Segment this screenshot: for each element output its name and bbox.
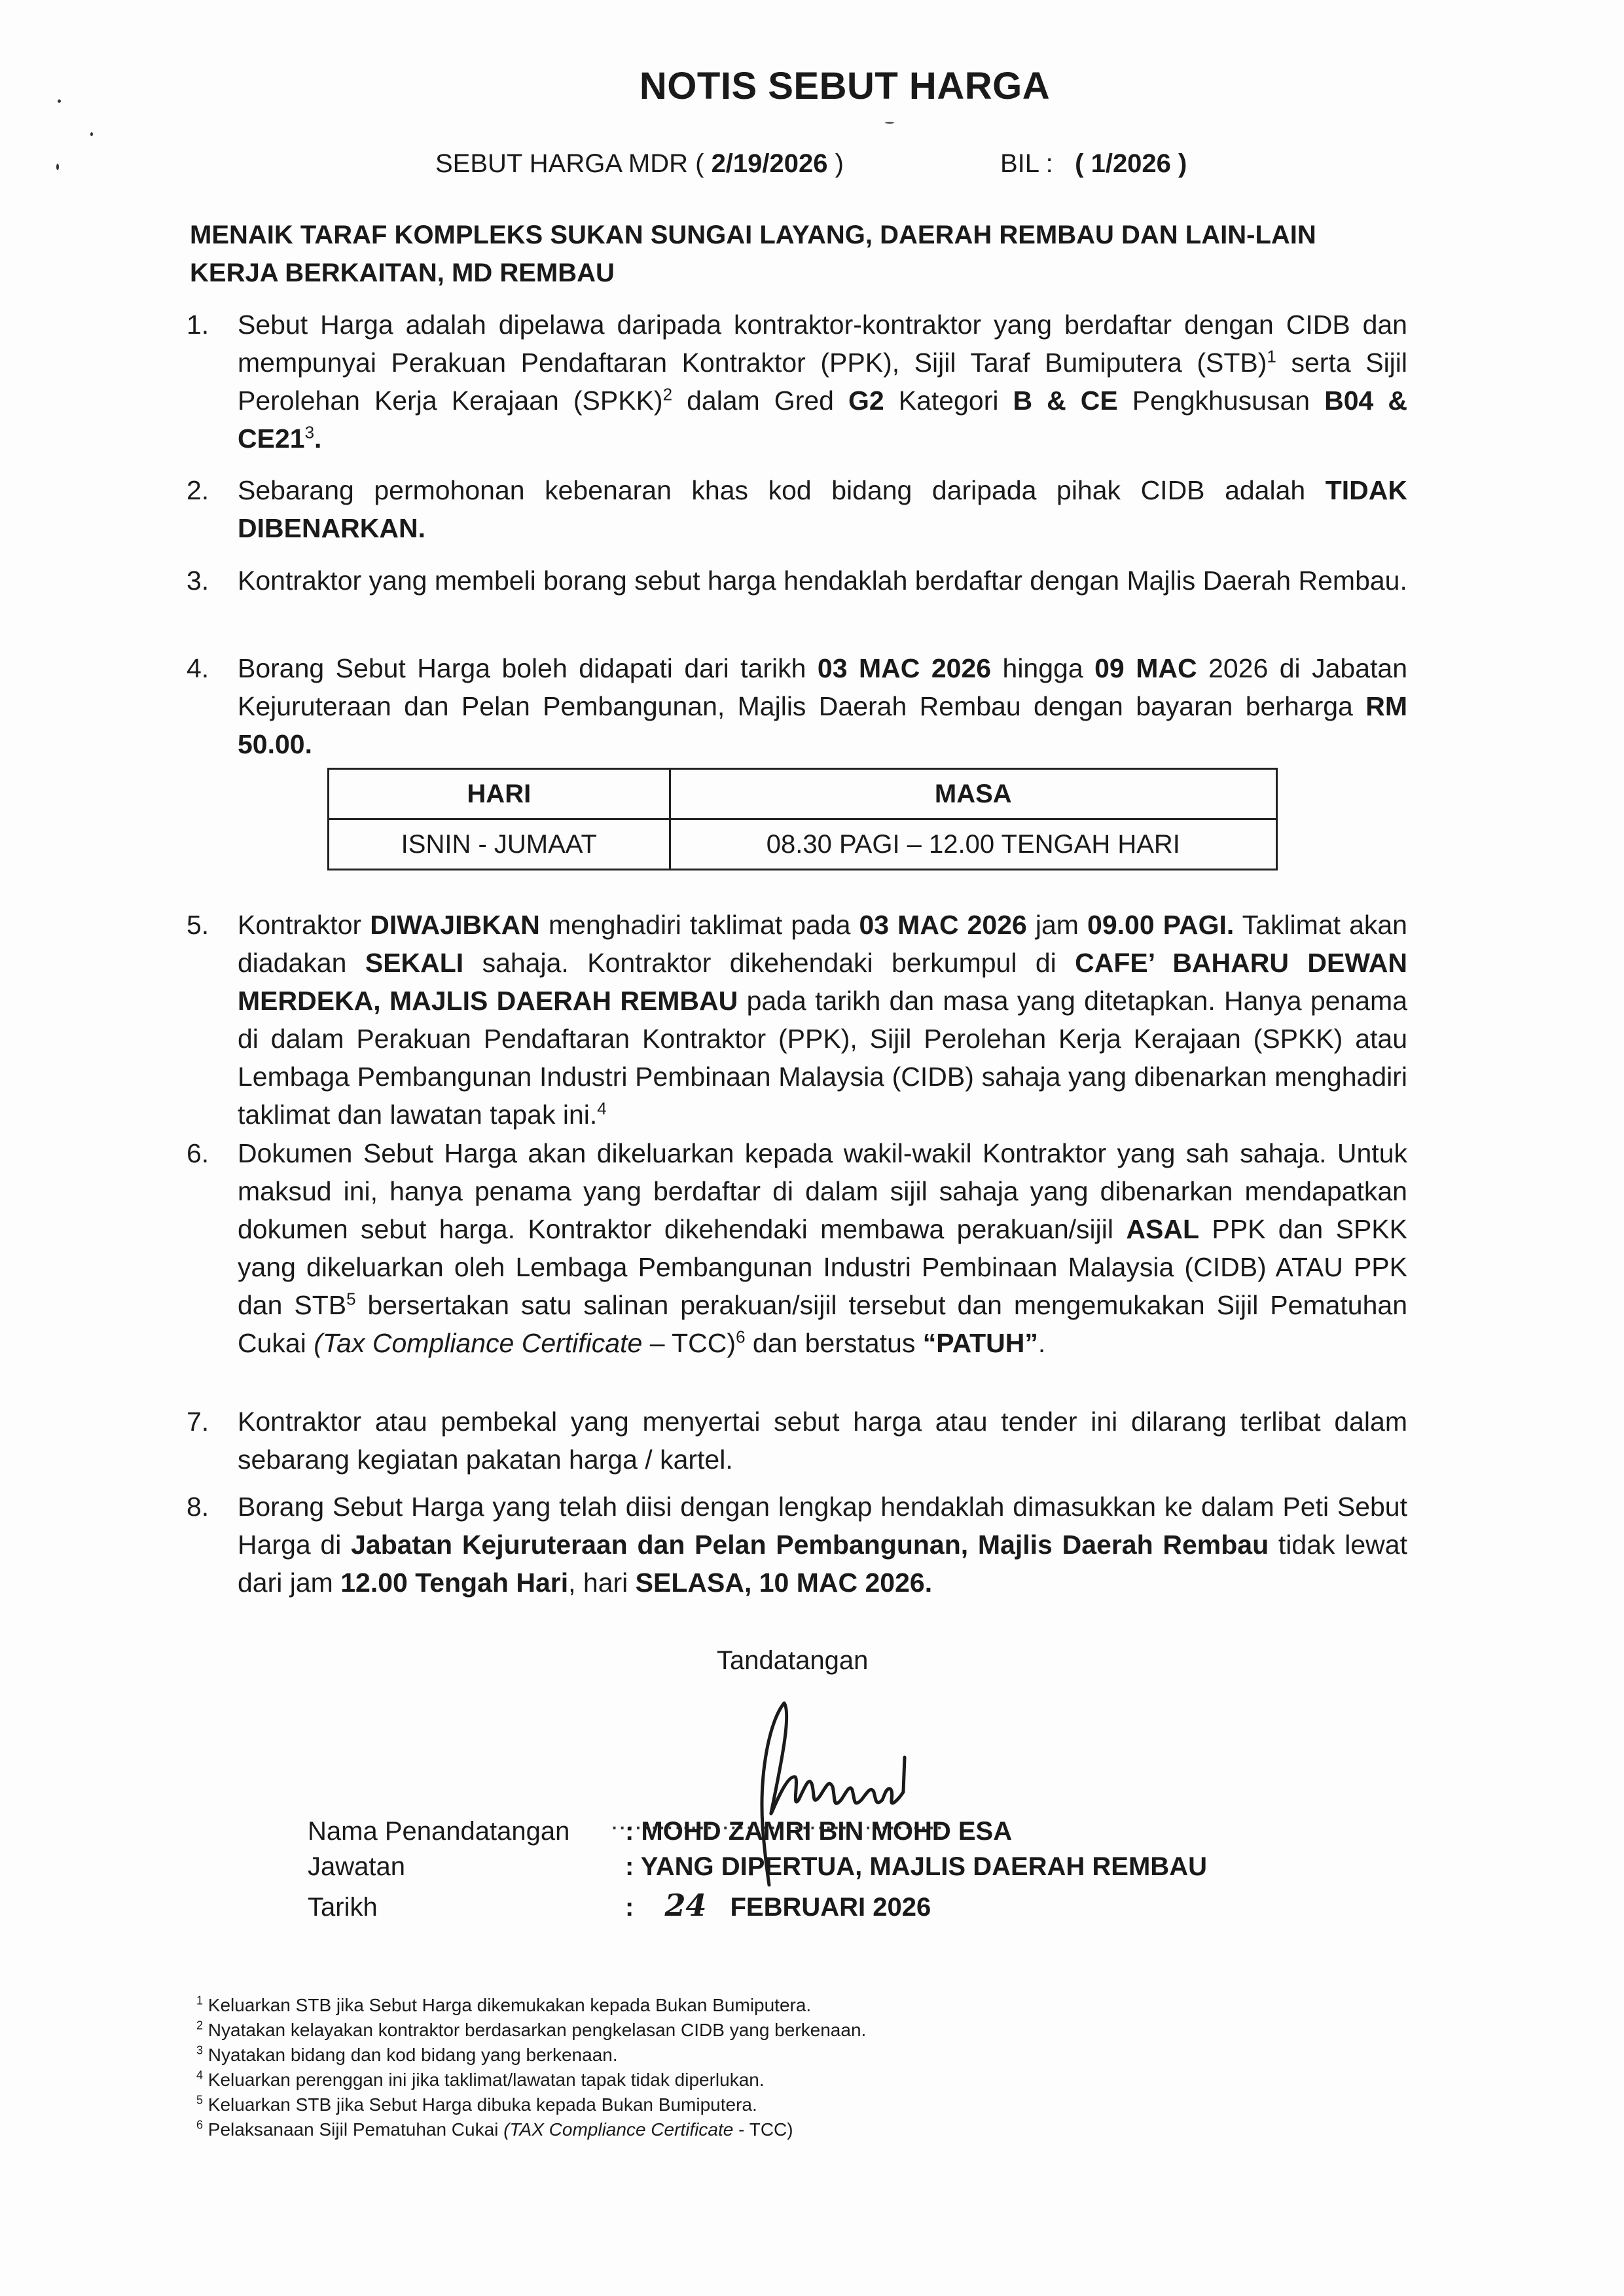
clause-3: 3.Kontraktor yang membeli borang sebut h… [187,562,1407,600]
bil-number: 1/2026 [1091,149,1171,178]
footnote: 5 Keluarkan STB jika Sebut Harga dibuka … [196,2092,866,2117]
signer-name-row: Nama Penandatangan: MOHD ZAMRI BIN MOHD … [308,1817,1012,1846]
footnote: 3 Nyatakan bidang dan kod bidang yang be… [196,2043,866,2068]
bil-reference: BIL : ( 1/2026 ) [1000,149,1187,179]
sign-date-row: Tarikh: 24FEBRUARI 2026 [308,1888,931,1923]
quotation-number: 2/19/2026 [712,149,828,178]
signer-name: : MOHD ZAMRI BIN MOHD ESA [625,1817,1012,1846]
scan-speck [90,132,93,136]
footnotes: 1 Keluarkan STB jika Sebut Harga dikemuk… [196,1993,866,2142]
footnote: 4 Keluarkan perenggan ini jika taklimat/… [196,2068,866,2092]
signer-position-row: Jawatan: YANG DIPERTUA, MAJLIS DAERAH RE… [308,1852,1207,1882]
signer-position: : YANG DIPERTUA, MAJLIS DAERAH REMBAU [625,1852,1207,1881]
footnote: 2 Nyatakan kelayakan kontraktor berdasar… [196,2018,866,2043]
clause-5: 5.Kontraktor DIWAJIBKAN menghadiri takli… [187,906,1407,1134]
table-header-hari: HARI [329,769,670,819]
clause-8: 8.Borang Sebut Harga yang telah diisi de… [187,1488,1407,1602]
table-header-masa: MASA [670,769,1276,819]
sign-date: FEBRUARI 2026 [730,1893,931,1922]
quotation-reference: SEBUT HARGA MDR ( 2/19/2026 ) [435,149,844,179]
footnote: 6 Pelaksanaan Sijil Pematuhan Cukai (TAX… [196,2117,866,2142]
scan-speck [885,122,894,124]
clause-4: 4.Borang Sebut Harga boleh didapati dari… [187,649,1407,763]
schedule-table: HARI MASA ISNIN - JUMAAT 08.30 PAGI – 12… [327,768,1278,870]
clause-2: 2.Sebarang permohonan kebenaran khas kod… [187,471,1407,547]
project-title: MENAIK TARAF KOMPLEKS SUKAN SUNGAI LAYAN… [190,216,1407,292]
handwritten-day: 24 [664,1888,706,1923]
scan-speck [56,164,59,170]
clause-1: 1.Sebut Harga adalah dipelawa daripada k… [187,306,1407,457]
signature-label: Tandatangan [717,1646,868,1676]
clause-7: 7.Kontraktor atau pembekal yang menyerta… [187,1403,1407,1479]
clause-6: 6.Dokumen Sebut Harga akan dikeluarkan k… [187,1134,1407,1362]
table-row: ISNIN - JUMAAT 08.30 PAGI – 12.00 TENGAH… [329,819,1277,870]
document-title: NOTIS SEBUT HARGA [0,64,1624,108]
footnote: 1 Keluarkan STB jika Sebut Harga dikemuk… [196,1993,866,2018]
